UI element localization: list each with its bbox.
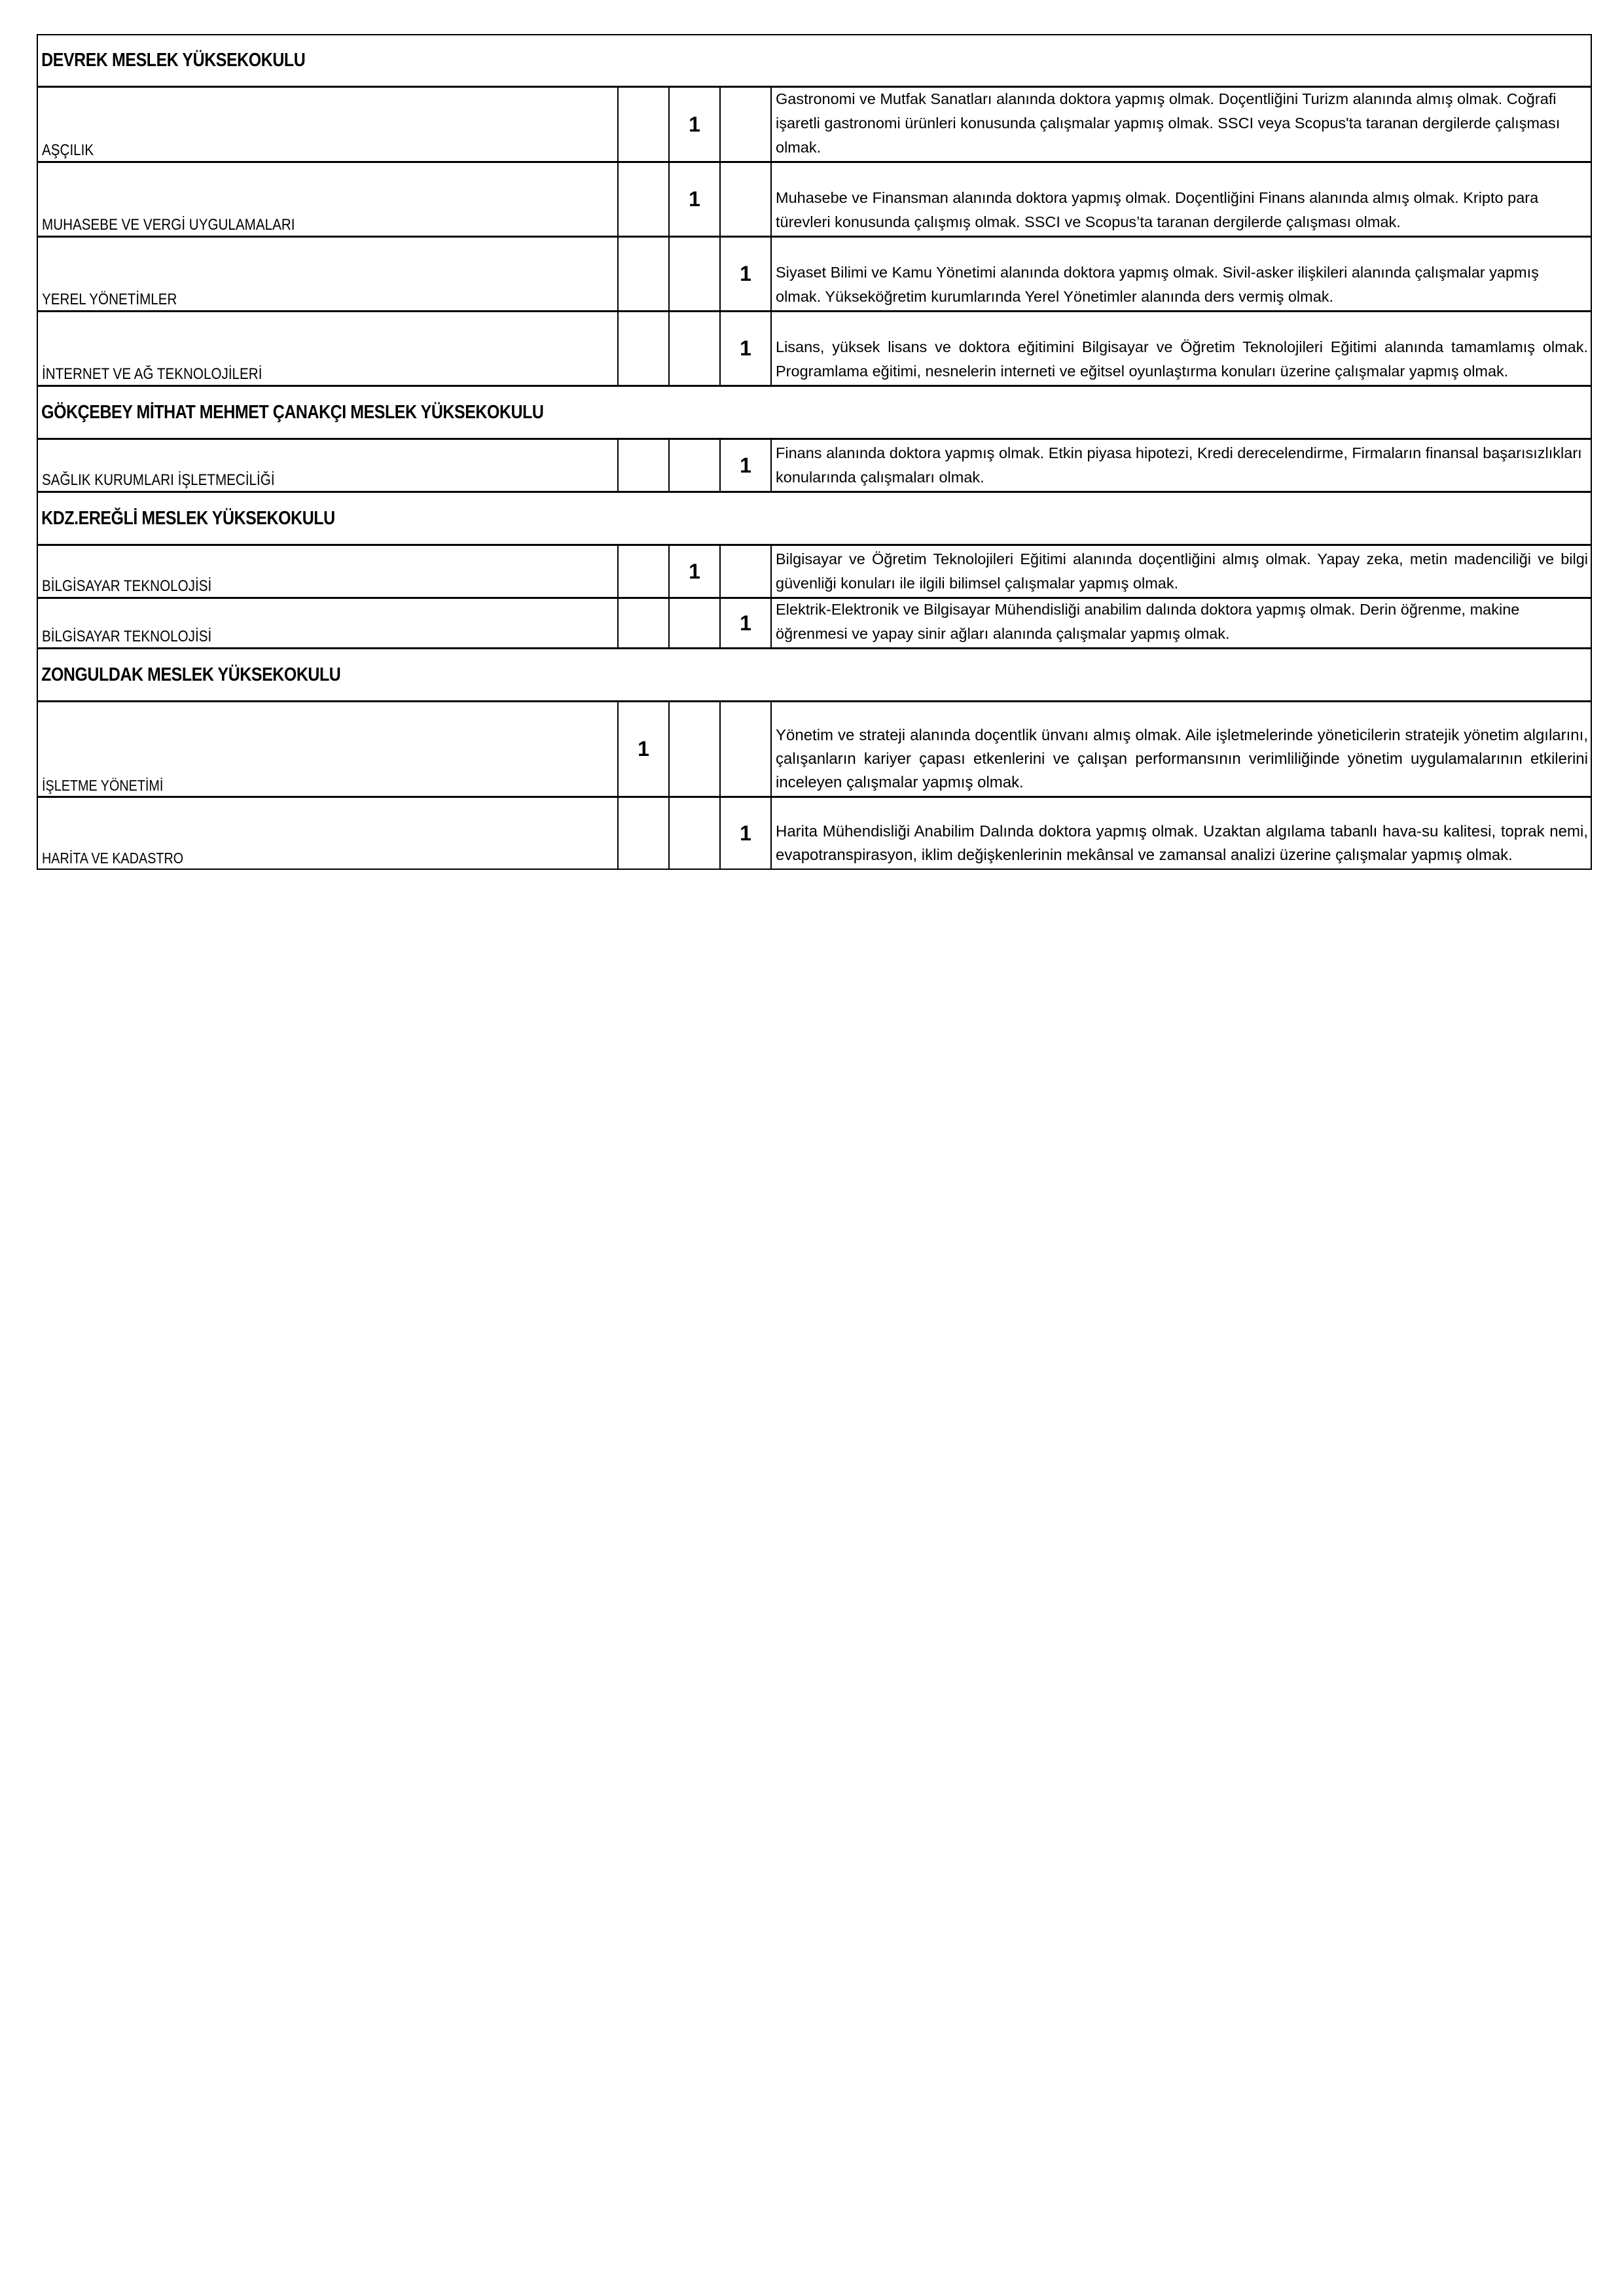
program-cell: HARİTA VE KADASTRO — [38, 798, 619, 869]
section-title: KDZ.EREĞLİ MESLEK YÜKSEKOKULU — [38, 508, 335, 529]
table-row: HARİTA VE KADASTRO 1 Harita Mühendisliği… — [38, 798, 1591, 869]
count-cell-2 — [670, 440, 721, 491]
section-title: GÖKÇEBEY MİTHAT MEHMET ÇANAKÇI MESLEK YÜ… — [38, 402, 544, 423]
count-cell-1 — [619, 546, 670, 597]
table-row: SAĞLIK KURUMLARI İŞLETMECİLİĞİ 1 Finans … — [38, 440, 1591, 493]
count-cell-3: 1 — [721, 238, 772, 310]
requirements-text: Harita Mühendisliği Anabilim Dalında dok… — [776, 820, 1588, 867]
requirements-text: Bilgisayar ve Öğretim Teknolojileri Eğit… — [776, 547, 1588, 596]
program-name: HARİTA VE KADASTRO — [42, 850, 183, 867]
count-cell-3 — [721, 88, 772, 161]
requirements-cell: Finans alanında doktora yapmış olmak. Et… — [772, 440, 1591, 491]
count-cell-1 — [619, 88, 670, 161]
requirements-cell: Elektrik-Elektronik ve Bilgisayar Mühend… — [772, 599, 1591, 647]
program-name: MUHASEBE VE VERGİ UYGULAMALARI — [42, 216, 295, 234]
section-header: GÖKÇEBEY MİTHAT MEHMET ÇANAKÇI MESLEK YÜ… — [38, 387, 1591, 440]
program-name: BİLGİSAYAR TEKNOLOJİSİ — [42, 628, 211, 646]
program-cell: BİLGİSAYAR TEKNOLOJİSİ — [38, 546, 619, 597]
requirements-text: Finans alanında doktora yapmış olmak. Et… — [776, 441, 1588, 490]
program-name: İŞLETME YÖNETİMİ — [42, 777, 163, 795]
count-cell-2 — [670, 702, 721, 796]
count-cell-2: 1 — [670, 163, 721, 236]
program-name: AŞÇILIK — [42, 141, 94, 160]
program-name: SAĞLIK KURUMLARI İŞLETMECİLİĞİ — [42, 471, 275, 490]
program-cell: YEREL YÖNETİMLER — [38, 238, 619, 310]
requirements-cell: Lisans, yüksek lisans ve doktora eğitimi… — [772, 312, 1591, 385]
program-name: İNTERNET VE AĞ TEKNOLOJİLERİ — [42, 365, 262, 384]
table-row: MUHASEBE VE VERGİ UYGULAMALARI 1 Muhaseb… — [38, 163, 1591, 238]
section-header: DEVREK MESLEK YÜKSEKOKULU — [38, 35, 1591, 88]
requirements-cell: Harita Mühendisliği Anabilim Dalında dok… — [772, 798, 1591, 869]
section-header: ZONGULDAK MESLEK YÜKSEKOKULU — [38, 649, 1591, 702]
requirements-text: Yönetim ve strateji alanında doçentlik ü… — [776, 724, 1588, 795]
count-cell-3: 1 — [721, 599, 772, 647]
count-cell-1 — [619, 440, 670, 491]
requirements-cell: Siyaset Bilimi ve Kamu Yönetimi alanında… — [772, 238, 1591, 310]
requirements-cell: Yönetim ve strateji alanında doçentlik ü… — [772, 702, 1591, 796]
section-title: DEVREK MESLEK YÜKSEKOKULU — [38, 50, 305, 71]
requirements-cell: Gastronomi ve Mutfak Sanatları alanında … — [772, 88, 1591, 161]
count-cell-2 — [670, 312, 721, 385]
requirements-text: Gastronomi ve Mutfak Sanatları alanında … — [776, 87, 1588, 160]
count-cell-1 — [619, 599, 670, 647]
count-cell-3 — [721, 163, 772, 236]
program-cell: MUHASEBE VE VERGİ UYGULAMALARI — [38, 163, 619, 236]
requirements-cell: Bilgisayar ve Öğretim Teknolojileri Eğit… — [772, 546, 1591, 597]
table-row: AŞÇILIK 1 Gastronomi ve Mutfak Sanatları… — [38, 88, 1591, 163]
count-cell-3: 1 — [721, 440, 772, 491]
count-cell-2 — [670, 238, 721, 310]
requirements-text: Elektrik-Elektronik ve Bilgisayar Mühend… — [776, 598, 1588, 646]
count-cell-2 — [670, 599, 721, 647]
table-row: BİLGİSAYAR TEKNOLOJİSİ 1 Bilgisayar ve Ö… — [38, 546, 1591, 599]
count-cell-3: 1 — [721, 798, 772, 869]
count-cell-1 — [619, 163, 670, 236]
program-name: YEREL YÖNETİMLER — [42, 291, 177, 309]
program-cell: AŞÇILIK — [38, 88, 619, 161]
table-row: BİLGİSAYAR TEKNOLOJİSİ 1 Elektrik-Elektr… — [38, 599, 1591, 649]
count-cell-2: 1 — [670, 88, 721, 161]
count-cell-1 — [619, 312, 670, 385]
count-cell-3 — [721, 702, 772, 796]
table-row: İNTERNET VE AĞ TEKNOLOJİLERİ 1 Lisans, y… — [38, 312, 1591, 387]
program-cell: İNTERNET VE AĞ TEKNOLOJİLERİ — [38, 312, 619, 385]
count-cell-1 — [619, 798, 670, 869]
table-row: İŞLETME YÖNETİMİ 1 Yönetim ve strateji a… — [38, 702, 1591, 798]
count-cell-3 — [721, 546, 772, 597]
count-cell-2: 1 — [670, 546, 721, 597]
count-cell-1: 1 — [619, 702, 670, 796]
section-header: KDZ.EREĞLİ MESLEK YÜKSEKOKULU — [38, 493, 1591, 546]
program-cell: SAĞLIK KURUMLARI İŞLETMECİLİĞİ — [38, 440, 619, 491]
count-cell-1 — [619, 238, 670, 310]
table-row: YEREL YÖNETİMLER 1 Siyaset Bilimi ve Kam… — [38, 238, 1591, 312]
section-title: ZONGULDAK MESLEK YÜKSEKOKULU — [38, 664, 340, 686]
count-cell-3: 1 — [721, 312, 772, 385]
staff-requirements-table: DEVREK MESLEK YÜKSEKOKULU AŞÇILIK 1 Gast… — [37, 34, 1592, 870]
program-cell: İŞLETME YÖNETİMİ — [38, 702, 619, 796]
requirements-text: Lisans, yüksek lisans ve doktora eğitimi… — [776, 335, 1588, 384]
program-name: BİLGİSAYAR TEKNOLOJİSİ — [42, 577, 211, 596]
requirements-text: Siyaset Bilimi ve Kamu Yönetimi alanında… — [776, 260, 1588, 309]
requirements-text: Muhasebe ve Finansman alanında doktora y… — [776, 186, 1588, 234]
requirements-cell: Muhasebe ve Finansman alanında doktora y… — [772, 163, 1591, 236]
program-cell: BİLGİSAYAR TEKNOLOJİSİ — [38, 599, 619, 647]
count-cell-2 — [670, 798, 721, 869]
